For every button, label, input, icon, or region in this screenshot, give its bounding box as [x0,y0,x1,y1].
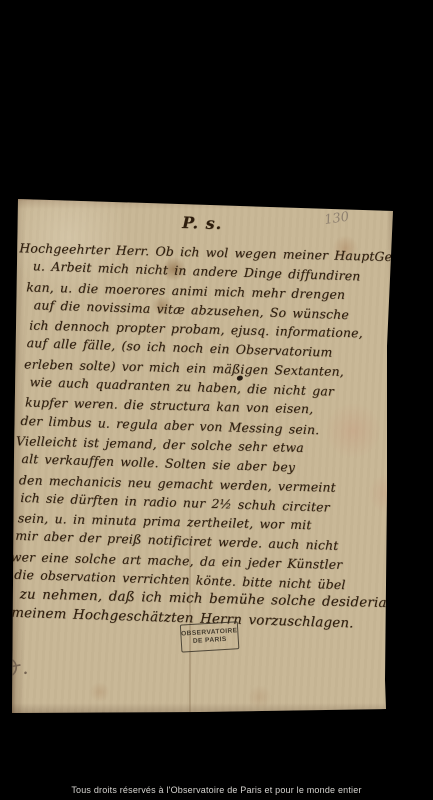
page-content: P. s. 130 Hochgeehrter Herr. Ob ich wol … [0,195,401,728]
crossed-circle-icon [0,651,32,684]
stamp-line-2: DE PARIS [193,636,227,646]
folio-number: 130 [323,210,350,228]
manuscript-page: P. s. 130 Hochgeehrter Herr. Ob ich wol … [10,196,400,718]
copyright-caption: Tous droits réservés à l'Observatoire de… [0,785,433,795]
postscript-header: P. s. [182,213,223,233]
letter-body: Hochgeehrter Herr. Ob ich wol wegen mein… [9,237,392,633]
observatoire-stamp: OBSERVATOIRE DE PARIS [180,621,240,652]
photo-frame: P. s. 130 Hochgeehrter Herr. Ob ich wol … [0,0,433,800]
